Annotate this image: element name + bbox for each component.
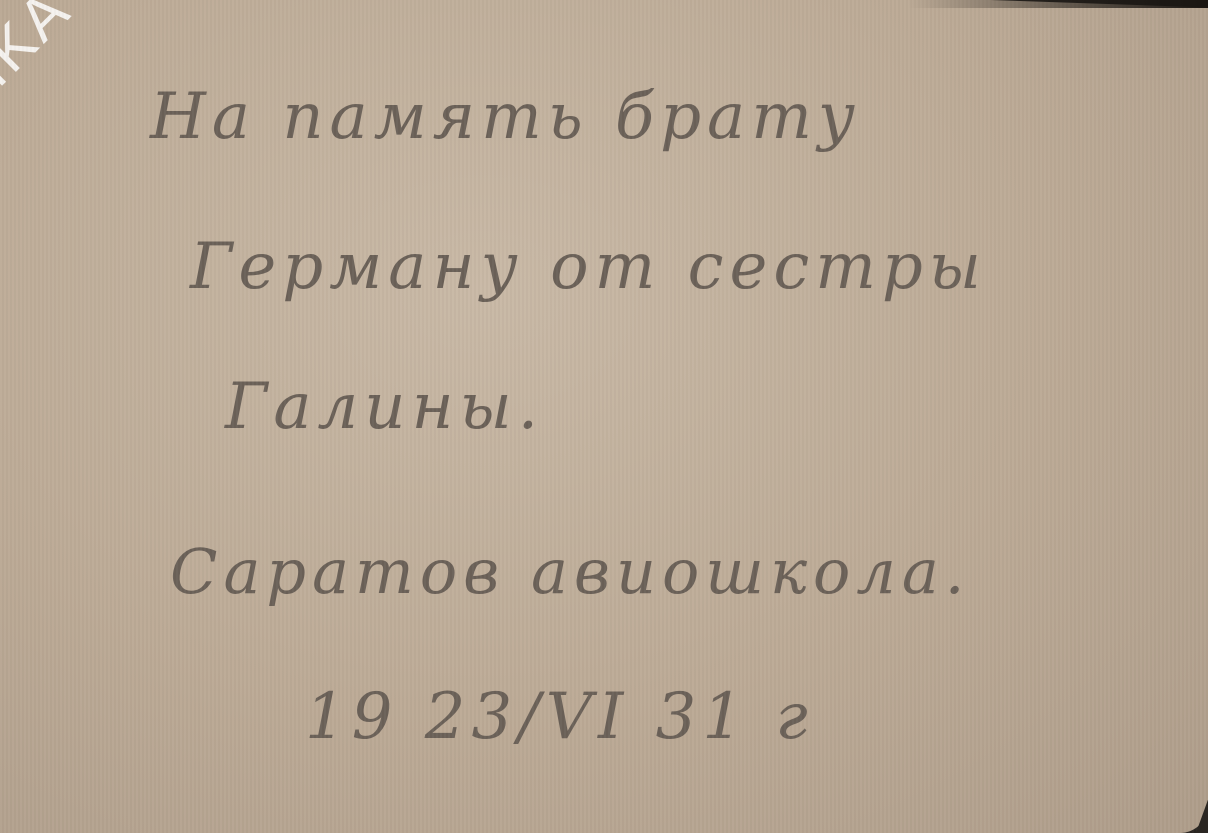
inscription-line-3: Галины. [225, 370, 544, 444]
watermark: HKA SH [0, 0, 161, 119]
inscription-line-1: На память брату [150, 80, 861, 154]
inscription-line-2: Герману от сестры [190, 230, 987, 304]
inscription-date: 19 23/VI 31 г [305, 680, 814, 754]
photo-card-back: HKA SH На память брату Герману от сестры… [0, 0, 1208, 833]
inscription-line-4: Саратов авиошкола. [170, 535, 971, 608]
card-edge-shadow [908, 0, 1208, 8]
